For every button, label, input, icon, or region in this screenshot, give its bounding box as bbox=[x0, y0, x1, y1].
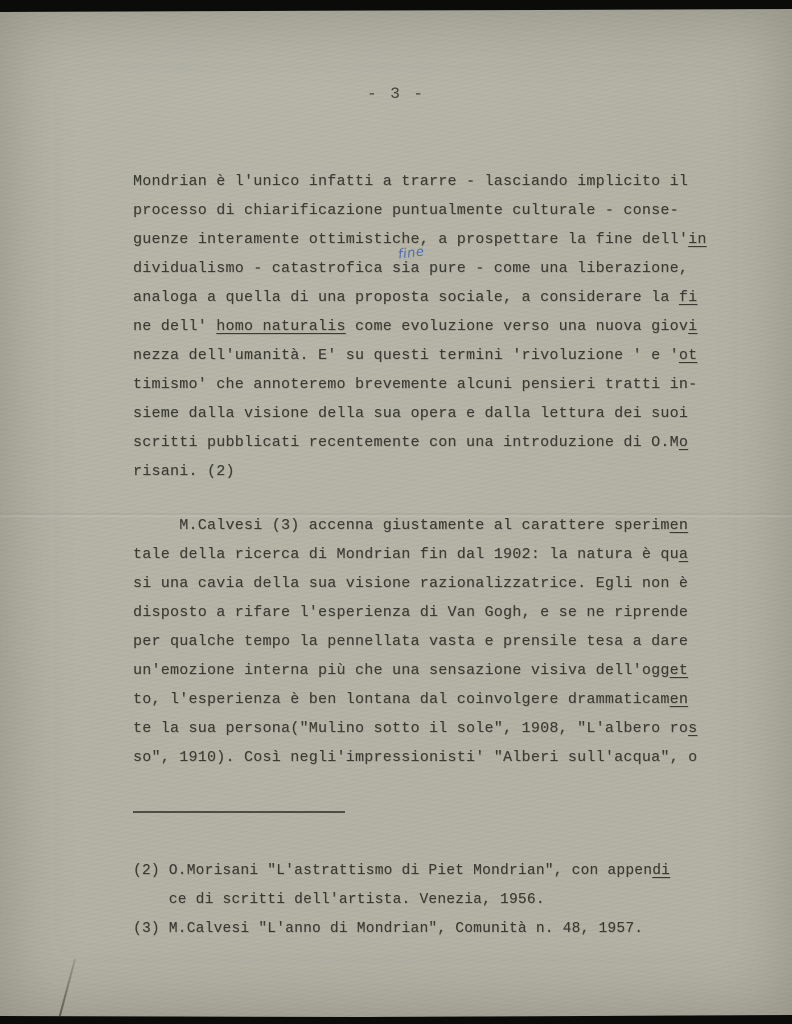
text-line: risani. (2) bbox=[133, 457, 708, 486]
text-line: timismo' che annoteremo brevemente alcun… bbox=[133, 370, 708, 399]
paper-sheet: - 3 - Mondrian è l'unico infatti a trarr… bbox=[0, 9, 792, 1017]
text-line: un'emozione interna più che una sensazio… bbox=[133, 656, 708, 685]
footnote-block: (2) O.Morisani "L'astrattismo di Piet Mo… bbox=[133, 767, 733, 991]
text-line: disposto a rifare l'esperienza di Van Go… bbox=[133, 598, 708, 627]
text-line: per qualche tempo la pennellata vasta e … bbox=[133, 627, 708, 656]
text-line: processo di chiarificazione puntualmente… bbox=[133, 196, 708, 225]
text-line: analoga a quella di una proposta sociale… bbox=[133, 283, 708, 312]
page-number: - 3 - bbox=[0, 85, 792, 103]
text-line: (2) O.Morisani "L'astrattismo di Piet Mo… bbox=[133, 860, 733, 889]
text-line: Mondrian è l'unico infatti a trarre - la… bbox=[133, 167, 708, 196]
footnote-separator-line bbox=[133, 811, 345, 813]
text-line: nezza dell'umanità. E' su questi termini… bbox=[133, 341, 708, 370]
text-line: tale della ricerca di Mondrian fin dal 1… bbox=[133, 540, 708, 569]
text-line: M.Calvesi (3) accenna giustamente al car… bbox=[133, 511, 708, 540]
paragraph: Mondrian è l'unico infatti a trarre - la… bbox=[133, 167, 708, 486]
body-text: Mondrian è l'unico infatti a trarre - la… bbox=[133, 167, 708, 797]
footnote-lines: (2) O.Morisani "L'astrattismo di Piet Mo… bbox=[133, 860, 733, 947]
text-line: sieme dalla visione della sua opera e da… bbox=[133, 399, 708, 428]
text-line: ne dell' homo naturalis come evoluzione … bbox=[133, 312, 708, 341]
text-line: ce di scritti dell'artista. Venezia, 195… bbox=[133, 889, 733, 918]
text-line: te la sua persona("Mulino sotto il sole"… bbox=[133, 714, 708, 743]
text-line: to, l'esperienza è ben lontana dal coinv… bbox=[133, 685, 708, 714]
text-line: si una cavia della sua visione razionali… bbox=[133, 569, 708, 598]
scanned-document: - 3 - Mondrian è l'unico infatti a trarr… bbox=[0, 0, 792, 1024]
text-line: scritti pubblicati recentemente con una … bbox=[133, 428, 708, 457]
handwritten-insertion: fine bbox=[397, 244, 425, 262]
paragraph: M.Calvesi (3) accenna giustamente al car… bbox=[133, 511, 708, 772]
text-line: (3) M.Calvesi "L'anno di Mondrian", Comu… bbox=[133, 918, 733, 947]
pencil-stray-mark bbox=[58, 959, 75, 1019]
